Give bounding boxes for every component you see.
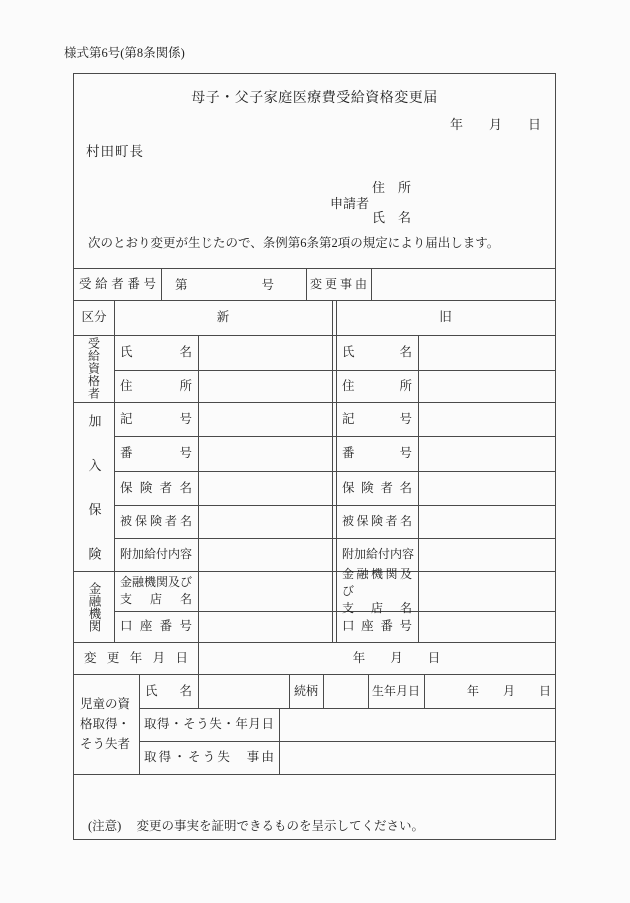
new-bank-branch-line2: 支店名 xyxy=(120,591,192,608)
grid-line xyxy=(279,708,280,774)
note-label: (注意) xyxy=(88,819,121,833)
new-additional-benefit-label: 附加給付内容 xyxy=(120,538,192,571)
recipient-number-suffix: 号 xyxy=(261,275,274,293)
section-recipient: 受給資格者 xyxy=(74,335,114,402)
section-bank-label: 金融機関 xyxy=(85,582,103,632)
old-address-label: 住所 xyxy=(342,370,412,402)
applicant-label: 申請者 xyxy=(330,193,369,212)
section-insurance-label: 加入保険 xyxy=(85,414,104,560)
old-account-number-label: 口座番号 xyxy=(342,611,412,642)
new-name-label: 氏名 xyxy=(120,335,192,370)
change-reason-label: 変更事由 xyxy=(310,268,367,300)
grid-line xyxy=(306,268,307,301)
child-name-label: 氏名 xyxy=(145,674,192,708)
grid-line xyxy=(114,300,115,642)
new-insurer-label: 保険者名 xyxy=(120,471,192,505)
change-date-placeholder: 年 月 日 xyxy=(198,642,555,674)
new-number-label: 番号 xyxy=(120,436,192,471)
recipient-number-label: 受給者番号 xyxy=(79,268,156,300)
grid-line xyxy=(418,335,419,642)
statement: 次のとおり変更が生じたので、条例第6条第2項の規定により届出します。 xyxy=(88,233,499,251)
old-bank-branch-line1: 金融機関及び xyxy=(342,566,412,600)
child-relation-label: 続柄 xyxy=(289,674,323,708)
grid-line xyxy=(371,268,372,301)
old-column-header: 旧 xyxy=(336,300,555,335)
old-insured-label: 被保険者名 xyxy=(342,505,412,538)
old-insurer-label: 保険者名 xyxy=(342,471,412,505)
section-insurance: 加入保険 xyxy=(74,402,114,571)
child-birthdate-placeholder: 年 月 日 xyxy=(424,674,553,708)
child-section-label: 児童の資格取得・そう失者 xyxy=(80,694,133,754)
form-border: 母子・父子家庭医療費受給資格変更届 年 月 日 村田町長 住 所 申請者 氏 名… xyxy=(73,73,556,840)
addressee: 村田町長 xyxy=(86,140,144,160)
section-recipient-label: 受給資格者 xyxy=(86,337,103,400)
child-birthdate-label: 生年月日 xyxy=(368,674,424,708)
form-title: 母子・父子家庭医療費受給資格変更届 xyxy=(74,87,555,107)
grid-line xyxy=(323,674,324,708)
recipient-number-field: 第 号 xyxy=(161,268,306,300)
old-bank-branch-label: 金融機関及び 支店名 xyxy=(342,571,412,611)
new-account-number-label: 口座番号 xyxy=(120,611,192,642)
form-number: 様式第6号(第8条関係) xyxy=(64,43,185,61)
child-acquisition-reason-label: 取得・そう失 事由 xyxy=(144,741,274,774)
old-symbol-label: 記号 xyxy=(342,402,412,436)
change-date-label: 変更年月日 xyxy=(84,642,188,674)
recipient-number-prefix: 第 xyxy=(175,275,188,293)
new-insured-label: 被保険者名 xyxy=(120,505,192,538)
grid-line xyxy=(74,774,555,775)
applicant-address-label: 住 所 xyxy=(372,177,411,196)
new-bank-branch-line1: 金融機関及び xyxy=(120,574,192,591)
new-old-divider-line xyxy=(336,300,337,642)
grid-line xyxy=(139,674,140,774)
new-column-header: 新 xyxy=(114,300,332,335)
section-bank: 金融機関 xyxy=(74,571,114,642)
note: (注意) 変更の事実を証明できるものを呈示してください。 xyxy=(88,816,424,834)
new-address-label: 住所 xyxy=(120,370,192,402)
new-symbol-label: 記号 xyxy=(120,402,192,436)
child-section: 児童の資格取得・そう失者 xyxy=(74,674,139,774)
note-text: 変更の事実を証明できるものを呈示してください。 xyxy=(136,819,424,833)
new-old-divider-line xyxy=(332,300,333,642)
date-placeholder: 年 月 日 xyxy=(450,114,541,133)
applicant-name-label: 氏 名 xyxy=(372,207,411,226)
old-name-label: 氏名 xyxy=(342,335,412,370)
old-number-label: 番号 xyxy=(342,436,412,471)
category-label: 区分 xyxy=(74,300,114,335)
new-bank-branch-label: 金融機関及び 支店名 xyxy=(120,571,192,611)
child-acquisition-date-label: 取得・そう失・年月日 xyxy=(144,708,274,741)
